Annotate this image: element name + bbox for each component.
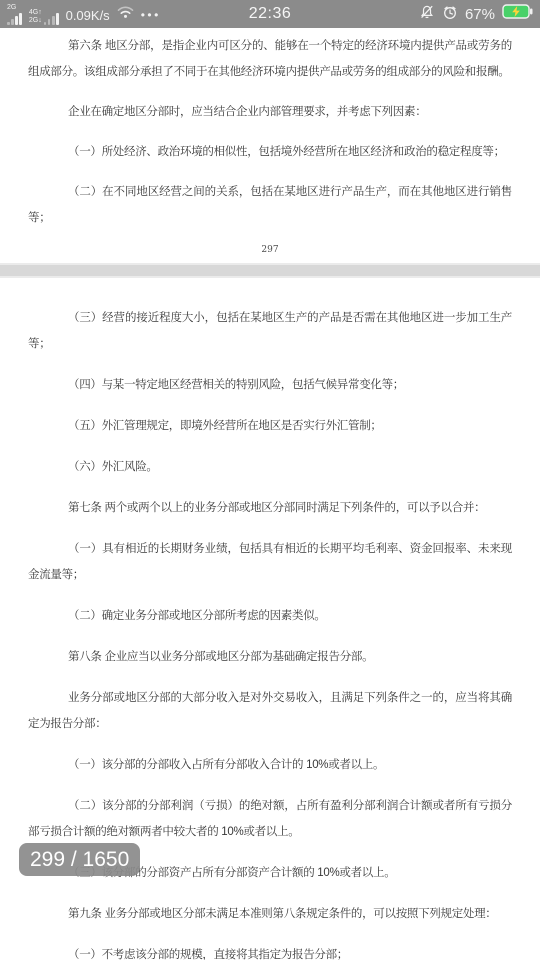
document-page-297[interactable]: 第六条 地区分部，是指企业内可区分的、能够在一个特定的经济环境内提供产品或劳务的… bbox=[0, 28, 540, 263]
paragraph: （二）确定业务分部或地区分部所考虑的因素类似。 bbox=[28, 603, 512, 629]
printed-page-number: 297 bbox=[28, 245, 512, 255]
paragraph: （三）经营的接近程度大小，包括在某地区生产的产品是否需在其他地区进一步加工生产等… bbox=[28, 305, 512, 357]
page-297-paragraphs: 第六条 地区分部，是指企业内可区分的、能够在一个特定的经济环境内提供产品或劳务的… bbox=[28, 33, 512, 231]
paragraph: （六）外汇风险。 bbox=[28, 454, 512, 480]
page-position-badge: 299 / 1650 bbox=[19, 843, 140, 876]
sim2-network-label-top: 4G↑ bbox=[29, 9, 42, 16]
status-bar-right: 67% bbox=[419, 4, 533, 25]
page-separator bbox=[0, 263, 540, 278]
sim2-signal-icon: 4G↑ 2G↓ bbox=[29, 9, 59, 25]
sim1-signal-icon: 2G bbox=[7, 4, 22, 25]
status-bar: 2G 4G↑ 2G↓ 0.09K/s ••• 22:36 bbox=[0, 0, 540, 28]
battery-charging-icon bbox=[502, 4, 533, 24]
paragraph: （一）所处经济、政治环境的相似性，包括境外经营所在地区经济和政治的稳定程度等； bbox=[28, 139, 512, 165]
paragraph: （五）外汇管理规定，即境外经营所在地区是否实行外汇管制； bbox=[28, 413, 512, 439]
wifi-icon bbox=[117, 5, 134, 24]
paragraph: （一）具有相近的长期财务业绩，包括具有相近的长期平均毛利率、资金回报率、未来现金… bbox=[28, 536, 512, 588]
clock-time: 22:36 bbox=[249, 5, 292, 23]
paragraph: （二）在不同地区经营之间的关系，包括在某地区进行产品生产，而在其他地区进行销售等… bbox=[28, 179, 512, 231]
paragraph: （一）不考虑该分部的规模，直接将其指定为报告分部； bbox=[28, 942, 512, 960]
more-status-icons-indicator: ••• bbox=[141, 8, 161, 22]
sim1-signal-bars-icon bbox=[7, 12, 22, 25]
paragraph: 第八条 企业应当以业务分部或地区分部为基础确定报告分部。 bbox=[28, 644, 512, 670]
battery-percent: 67% bbox=[465, 6, 495, 23]
mute-bell-slash-icon bbox=[419, 4, 435, 25]
status-bar-left: 2G 4G↑ 2G↓ 0.09K/s ••• bbox=[7, 3, 161, 25]
sim2-network-label-bottom: 2G↓ bbox=[29, 17, 42, 24]
sim1-network-label: 2G bbox=[7, 4, 16, 11]
paragraph: 业务分部或地区分部的大部分收入是对外交易收入，且满足下列条件之一的，应当将其确定… bbox=[28, 685, 512, 737]
paragraph: 第九条 业务分部或地区分部未满足本准则第八条规定条件的，可以按照下列规定处理： bbox=[28, 901, 512, 927]
network-speed: 0.09K/s bbox=[66, 8, 110, 23]
paragraph: 企业在确定地区分部时，应当结合企业内部管理要求，并考虑下列因素： bbox=[28, 99, 512, 125]
paragraph: （四）与某一特定地区经营相关的特别风险，包括气候异常变化等； bbox=[28, 372, 512, 398]
paragraph: （二）该分部的分部利润（亏损）的绝对额，占所有盈利分部利润合计额或者所有亏损分部… bbox=[28, 793, 512, 845]
paragraph: 第七条 两个或两个以上的业务分部或地区分部同时满足下列条件的，可以予以合并： bbox=[28, 495, 512, 521]
alarm-clock-icon bbox=[442, 4, 458, 25]
paragraph: （一）该分部的分部收入占所有分部收入合计的 10%或者以上。 bbox=[28, 752, 512, 778]
sim2-signal-bars-icon bbox=[44, 12, 59, 25]
paragraph: 第六条 地区分部，是指企业内可区分的、能够在一个特定的经济环境内提供产品或劳务的… bbox=[28, 33, 512, 85]
